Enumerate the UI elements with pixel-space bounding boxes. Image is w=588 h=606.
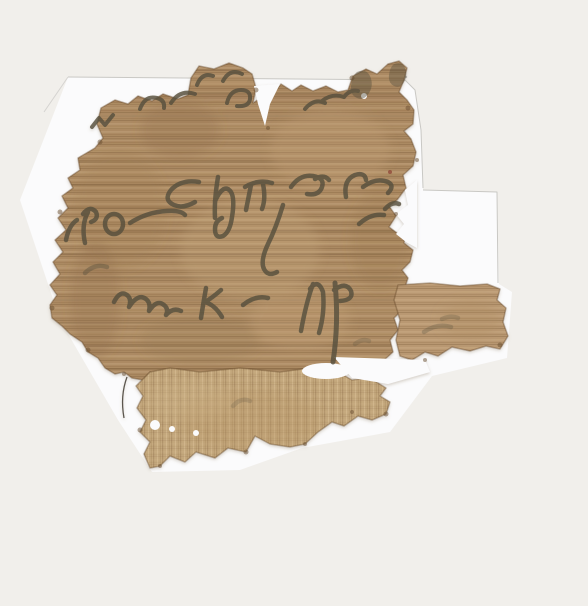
papyrus-scan-canvas xyxy=(0,0,588,606)
red-ink-speck xyxy=(388,170,392,174)
papyrus-scan xyxy=(0,0,588,606)
